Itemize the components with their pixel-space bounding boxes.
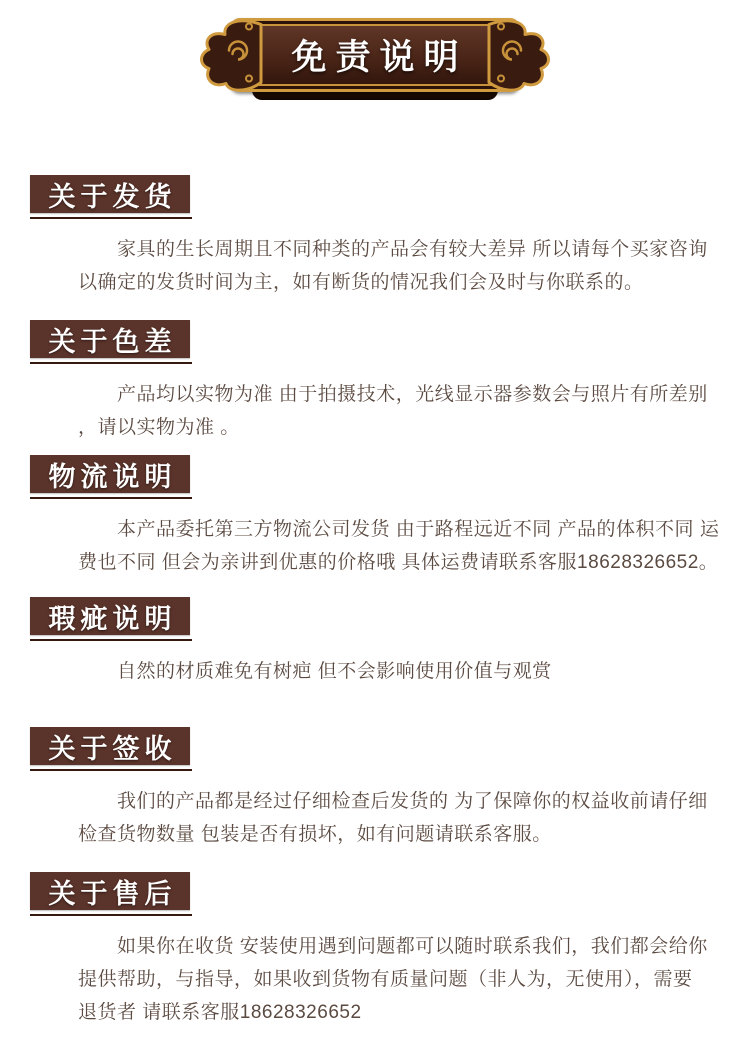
section-body-text: 我们的产品都是经过仔细检查后发货的 为了保障你的权益收前请仔细 检查货物数量 包… [78,785,726,851]
section-label-box: 关于售后 [30,872,190,910]
section-underline [30,639,192,641]
section-shipping: 关于发货 家具的生长周期且不同种类的产品会有较大差异 所以请每个买家咨询 以确定… [0,175,750,299]
section-label: 关于售后 [44,872,177,911]
section-label: 关于签收 [44,727,177,766]
section-label-box: 瑕疵说明 [30,597,190,635]
section-body-text: 如果你在收货 安装使用遇到问题都可以随时联系我们，我们都会给你 提供帮助，与指导… [78,930,726,1029]
section-after-sales: 关于售后 如果你在收货 安装使用遇到问题都可以随时联系我们，我们都会给你 提供帮… [0,872,750,1029]
disclaimer-page: 免责说明 关于发货 家具的生长周期且不同种类的产品会有较大差异 所以请每个买家咨… [0,0,750,1043]
section-logistics: 物流说明 本产品委托第三方物流公司发货 由于路程远近不同 产品的体积不同 运 费… [0,455,750,579]
section-body-text: 本产品委托第三方物流公司发货 由于路程远近不同 产品的体积不同 运 费也不同 但… [78,513,726,579]
section-body-text: 家具的生长周期且不同种类的产品会有较大差异 所以请每个买家咨询 以确定的发货时间… [78,233,726,299]
section-receipt: 关于签收 我们的产品都是经过仔细检查后发货的 为了保障你的权益收前请仔细 检查货… [0,727,750,851]
section-label: 瑕疵说明 [44,597,177,636]
section-underline [30,497,192,499]
section-label-box: 物流说明 [30,455,190,493]
section-underline [30,217,192,219]
section-body-text: 产品均以实物为准 由于拍摄技术，光线显示器参数会与照片有所差别 ，请以实物为准 … [78,378,726,444]
section-underline [30,914,192,916]
section-underline [30,769,192,771]
section-defects: 瑕疵说明 自然的材质难免有树疤 但不会影响使用价值与观赏 [0,597,750,688]
section-label: 关于色差 [44,320,177,359]
section-label-box: 关于签收 [30,727,190,765]
banner-plaque: 免责说明 [230,18,520,92]
cloud-ornament-right-icon [487,13,551,98]
section-label-box: 关于发货 [30,175,190,213]
section-color-difference: 关于色差 产品均以实物为准 由于拍摄技术，光线显示器参数会与照片有所差别 ，请以… [0,320,750,444]
section-label: 物流说明 [44,455,177,494]
section-body-text: 自然的材质难免有树疤 但不会影响使用价值与观赏 [78,655,726,688]
section-label-box: 关于色差 [30,320,190,358]
page-title: 免责说明 [282,30,467,80]
section-underline [30,362,192,364]
cloud-ornament-left-icon [199,13,263,98]
banner: 免责说明 [0,0,750,104]
section-label: 关于发货 [44,175,177,214]
